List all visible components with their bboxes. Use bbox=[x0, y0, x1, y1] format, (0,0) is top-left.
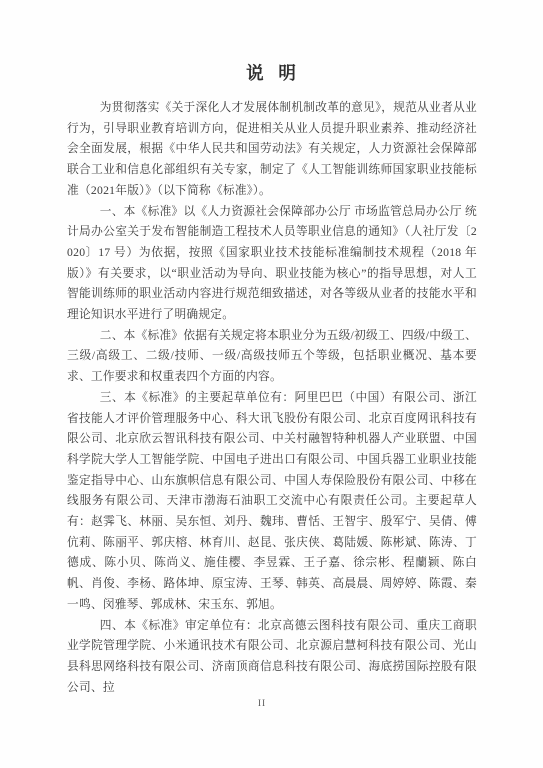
page-number: II bbox=[0, 699, 524, 709]
paragraph-item-2: 二、本《标准》依据有关规定将本职业分为五级/初级工、四级/中级工、三级/高级工、… bbox=[67, 326, 477, 388]
page-title: 说 明 bbox=[67, 60, 477, 85]
paragraph-item-3: 三、本《标准》的主要起草单位有：阿里巴巴（中国）有限公司、浙江省技能人才评价管理… bbox=[67, 388, 477, 616]
paragraph-item-4: 四、本《标准》审定单位有：北京高德云图科技有限公司、重庆工商职业学院管理学院、小… bbox=[67, 616, 477, 699]
paragraph-item-1: 一、本《标准》以《人力资源社会保障部办公厅 市场监管总局办公厅 统计局办公室关于… bbox=[67, 202, 477, 326]
document-body: 说 明 为贯彻落实《关于深化人才发展体制机制改革的意见》，规范从业者从业行为，引… bbox=[67, 60, 477, 698]
paragraph-intro: 为贯彻落实《关于深化人才发展体制机制改革的意见》，规范从业者从业行为，引导职业教… bbox=[67, 98, 477, 202]
document-page: 说 明 为贯彻落实《关于深化人才发展体制机制改革的意见》，规范从业者从业行为，引… bbox=[0, 0, 543, 768]
